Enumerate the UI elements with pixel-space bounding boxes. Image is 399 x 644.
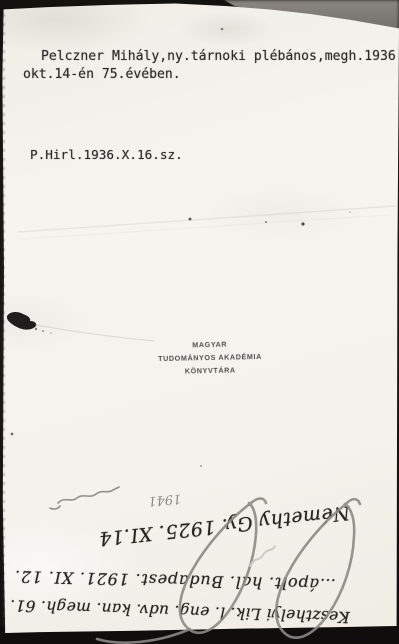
typed-obituary-line1: Pelczner Mihály,ny.tárnoki plébános,megh…: [41, 49, 396, 64]
stamp-line-akademia: TUDOMÁNYOS AKADÉMIA: [158, 351, 262, 366]
catalog-card-paper: [0, 0, 399, 644]
stamp-line-konyvtara: KÖNYVTÁRA: [158, 364, 262, 379]
torn-left-edge: [2, 14, 5, 628]
typed-source-reference: P.Hirl.1936.X.16.sz.: [30, 147, 183, 162]
scanned-catalog-card: Pelczner Mihály,ny.tárnoki plébános,megh…: [0, 0, 399, 644]
library-stamp: MAGYAR TUDOMÁNYOS AKADÉMIA KÖNYVTÁRA: [158, 338, 263, 379]
typed-obituary-line2: okt.14-én 75.évében.: [23, 67, 181, 82]
